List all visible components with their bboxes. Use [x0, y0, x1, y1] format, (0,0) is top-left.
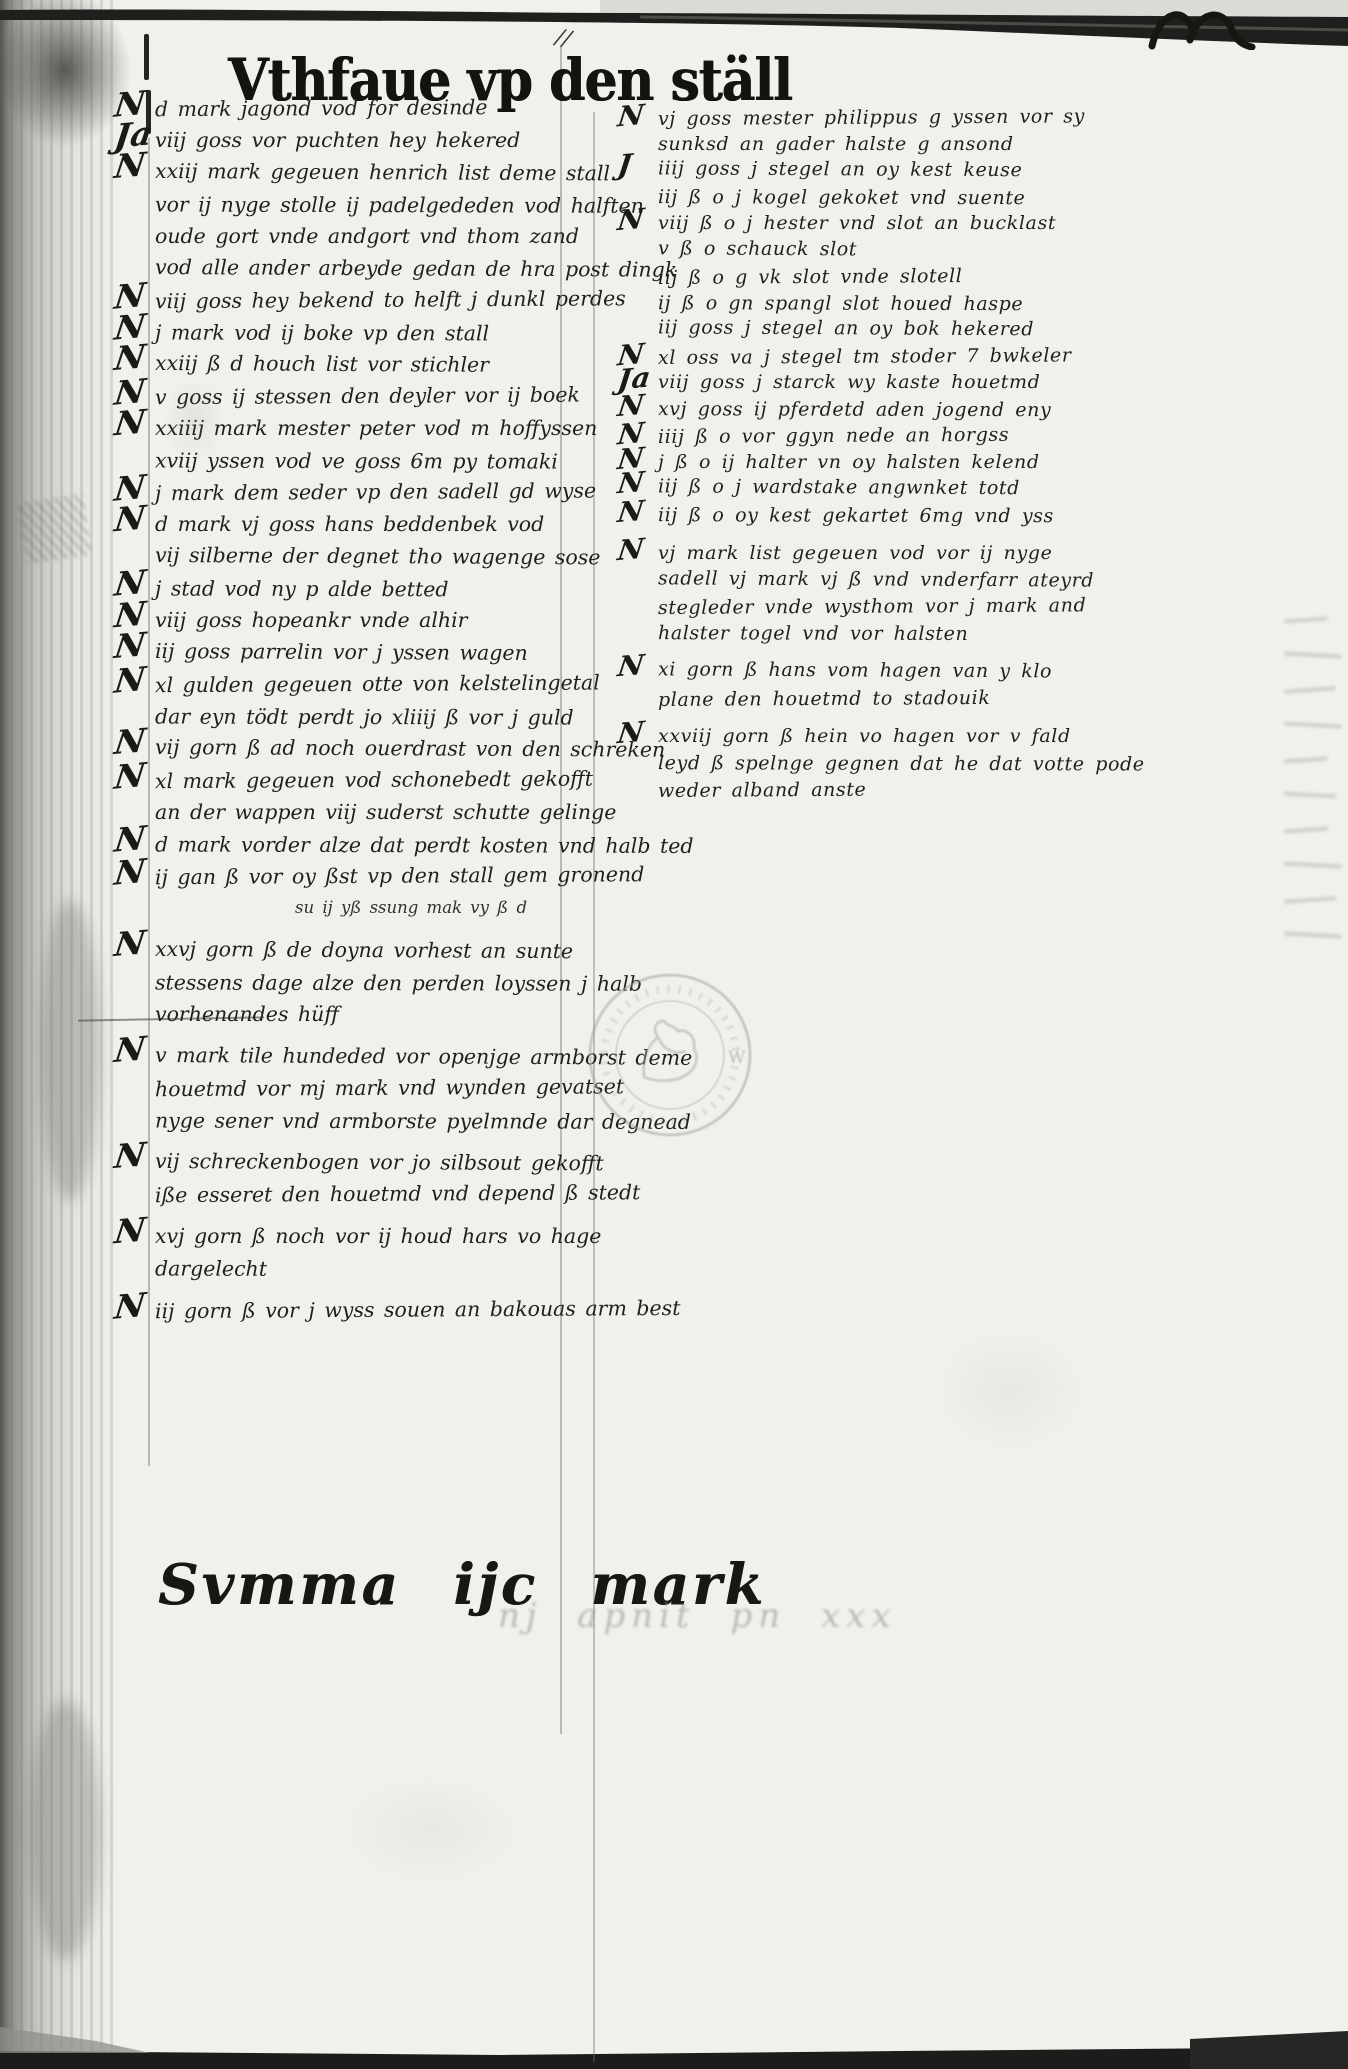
- entry-text: d mark jagond vod for desinde: [155, 95, 488, 121]
- entry-text: xxiij ß d houch list vor stichler: [155, 351, 489, 377]
- entry-line: N iij ß o oy kest gekartet 6mg vnd yss: [618, 502, 1338, 530]
- entry-line: ij ß o gn spangl slot houed haspe: [618, 290, 1338, 318]
- entry-text: dargelecht: [155, 1256, 267, 1280]
- entry-text: xviij yssen vod ve goss 6m py tomaki: [155, 448, 558, 473]
- entry-text: xl gulden gegeuen otte von kelstelingeta…: [155, 670, 600, 697]
- entry-text: xl mark gegeuen vod schonebedt gekofft: [155, 767, 593, 794]
- gutter-shadow: [40, 900, 100, 1200]
- bleed-through-marks: [1284, 618, 1344, 968]
- entry-line: iij ß o g vk slot vnde slotell: [618, 261, 1338, 292]
- page-bottom-edge: [0, 2023, 1348, 2069]
- entry-text: dar eyn tödt perdt jo xliiij ß vor j gul…: [155, 704, 574, 729]
- entry-text: iij ß o j wardstake angwnket totd: [658, 475, 1020, 499]
- entry-text: vorhenandes hüff: [155, 1002, 339, 1026]
- entry-text: iij gorn ß vor j wyss souen an bakouas a…: [155, 1296, 681, 1323]
- entry-text: xvj gorn ß noch vor ij houd hars vo hage: [155, 1224, 601, 1248]
- entry-line: vorhenandes hüff: [115, 998, 585, 1030]
- entry-text: xl oss va j stegel tm stoder 7 bwkeler: [658, 344, 1072, 369]
- entry-marker: N: [113, 662, 148, 698]
- entry-marker: N: [113, 724, 148, 759]
- entry-text: su ij yß ssung mak vy ß d: [295, 898, 527, 917]
- entry-text: vj mark list gegeuen vod vor ij nyge: [658, 542, 1052, 564]
- entry-line: N xl gulden gegeuen otte von kelstelinge…: [115, 667, 585, 702]
- entry-line: N xxiiij mark mester peter vod m hoffyss…: [115, 412, 585, 444]
- entry-marker: N: [113, 926, 148, 961]
- entry-marker: N: [113, 501, 148, 537]
- entry-text: j mark vod ij boke vp den stall: [155, 320, 489, 345]
- entry-text: viij goss hey bekend to helft j dunkl pe…: [155, 286, 626, 313]
- entry-text: xi gorn ß hans vom hagen van y klo: [658, 658, 1052, 682]
- entry-text: ij gan ß vor oy ßst vp den stall gem gro…: [155, 862, 644, 889]
- entry-text: iij ß o oy kest gekartet 6mg vnd yss: [658, 504, 1054, 527]
- entry-marker: N: [616, 205, 646, 235]
- entry-text: iij ß o g vk slot vnde slotell: [658, 265, 963, 289]
- entry-marker: N: [113, 1138, 148, 1173]
- entry-line: N xxviij gorn ß hein vo hagen vor v fald: [618, 723, 1338, 750]
- entry-marker: N: [113, 1032, 148, 1067]
- entry-line: su ij yß ssung mak vy ß d: [115, 892, 585, 924]
- entry-marker: N: [113, 1213, 148, 1249]
- bleed-through-text: nj apnit pn xxx: [498, 1596, 998, 1636]
- entry-marker: N: [113, 758, 148, 794]
- entry-line: N xl oss va j stegel tm stoder 7 bwkeler: [618, 340, 1338, 371]
- entry-text: iiij goss j stegel an oy kest keuse: [658, 157, 1022, 181]
- entry-marker: N: [616, 101, 646, 131]
- entry-line: N xxiij mark gegeuen henrich list deme s…: [115, 155, 585, 189]
- entry-line: N j stad vod ny p alde betted: [115, 572, 585, 605]
- entry-text: iij ß o j kogel gekoket vnd suente: [658, 186, 1025, 209]
- entry-marker: N: [113, 148, 148, 183]
- manuscript-scan: ∕∕ Vthfaue vp den ställ N d mark jagond …: [0, 0, 1348, 2069]
- entry-line: N viij ß o j hester vnd slot an bucklast: [618, 210, 1338, 237]
- entry-text: vij schreckenbogen vor jo silbsout gekof…: [155, 1149, 604, 1175]
- entry-line: nyge sener vnd armborste pyelmnde dar de…: [115, 1104, 585, 1137]
- entry-line: N iiij ß o vor ggyn nede an horgss: [618, 420, 1338, 451]
- entry-line: stessens dage alze den perden loyssen j …: [115, 966, 585, 999]
- entry-text: d mark vorder alze dat perdt kosten vnd …: [155, 832, 694, 857]
- entry-line: N iij gorn ß vor j wyss souen an bakouas…: [115, 1293, 585, 1328]
- entry-line: N viij goss hey bekend to helft j dunkl …: [115, 283, 585, 318]
- entry-line: oude gort vnde andgort vnd thom zand: [115, 220, 585, 252]
- entry-line: Ja viij goss j starck wy kaste houetmd: [618, 369, 1338, 396]
- entry-line: plane den houetmd to stadouik: [618, 682, 1338, 713]
- entry-text: sunksd an gader halste g ansond: [658, 133, 1014, 155]
- entry-line: N vij gorn ß ad noch ouerdrast von den s…: [115, 731, 585, 765]
- entry-line: N vj goss mester philippus g yssen vor s…: [618, 102, 1338, 133]
- entry-marker: N: [616, 718, 646, 748]
- entry-line: N j mark vod ij boke vp den stall: [115, 316, 585, 349]
- entry-line: stegleder vnde wysthom vor j mark and: [618, 591, 1338, 622]
- entry-line: N vj mark list gegeuen vod vor ij nyge: [618, 540, 1338, 567]
- left-column: N d mark jagond vod for desinde Ja viij …: [115, 92, 585, 1326]
- entry-line: N d mark jagond vod for desinde: [115, 91, 585, 126]
- entry-text: xvj goss ij pferdetd aden jogend eny: [658, 398, 1051, 421]
- entry-text: d mark vj goss hans beddenbek vod: [155, 512, 544, 536]
- entry-line: N v goss ij stessen den deyler vor ij bo…: [115, 379, 585, 414]
- entry-text: an der wappen viij suderst schutte gelin…: [155, 800, 616, 824]
- entry-line: N ij gan ß vor oy ßst vp den stall gem g…: [115, 859, 585, 894]
- entry-marker: J: [616, 151, 634, 180]
- entry-text: v ß o schauck slot: [658, 237, 857, 260]
- entry-line: Ja viij goss vor puchten hey hekered: [115, 124, 585, 156]
- entry-line: v ß o schauck slot: [618, 235, 1338, 265]
- stamp-heraldic-lion: [644, 1021, 697, 1081]
- entry-text: viij ß o j hester vnd slot an bucklast: [658, 212, 1056, 234]
- archive-stamp: W: [582, 967, 758, 1143]
- paper-stain: [300, 1750, 560, 1910]
- entry-line: N xxiij ß d houch list vor stichler: [115, 347, 585, 381]
- entry-text: vor ij nyge stolle ij padelgededen vod h…: [155, 192, 644, 217]
- entry-marker: N: [113, 1288, 148, 1324]
- entry-line: N xxvj gorn ß de doyna vorhest an sunte: [115, 933, 585, 967]
- entry-line: xviij yssen vod ve goss 6m py tomaki: [115, 444, 585, 477]
- entry-line: N j ß o ij halter vn oy halsten kelend: [618, 449, 1338, 476]
- entry-text: vij silberne der degnet tho wagenge sose: [155, 543, 601, 569]
- entry-text: viij goss hopeankr vnde alhir: [155, 608, 467, 632]
- entry-text: vij gorn ß ad noch ouerdrast von den sch…: [155, 735, 665, 762]
- entry-marker: N: [616, 497, 646, 527]
- entry-text: iße esseret den houetmd vnd depend ß ste…: [155, 1180, 640, 1207]
- entry-text: iiij ß o vor ggyn nede an horgss: [658, 424, 1009, 448]
- entry-text: xxviij gorn ß hein vo hagen vor v fald: [658, 725, 1071, 747]
- entry-text: iij goss j stegel an oy bok hekered: [658, 316, 1034, 340]
- entry-text: v goss ij stessen den deyler vor ij boek: [155, 383, 580, 410]
- entry-marker: N: [113, 405, 148, 441]
- entry-text: weder alband anste: [658, 779, 867, 802]
- gutter-shadow: [30, 1700, 100, 1960]
- entry-marker: N: [113, 628, 148, 663]
- entry-line: iij goss j stegel an oy bok hekered: [618, 314, 1338, 344]
- entry-line: sunksd an gader halste g ansond: [618, 131, 1338, 158]
- entry-text: stegleder vnde wysthom vor j mark and: [658, 594, 1086, 619]
- entry-text: sadell vj mark vj ß vnd vnderfarr ateyrd: [658, 567, 1094, 591]
- entry-line: dar eyn tödt perdt jo xliiij ß vor j gul…: [115, 700, 585, 733]
- entry-line: N d mark vorder alze dat perdt kosten vn…: [115, 828, 585, 861]
- entry-line: N xl mark gegeuen vod schonebedt gekofft: [115, 763, 585, 798]
- entry-text: j ß o ij halter vn oy halsten kelend: [658, 451, 1040, 473]
- entry-text: xxvj gorn ß de doyna vorhest an sunte: [155, 937, 573, 963]
- entry-text: vj goss mester philippus g yssen vor sy: [658, 105, 1085, 130]
- entry-text: plane den houetmd to stadouik: [658, 686, 991, 710]
- entry-text: xxiiij mark mester peter vod m hoffyssen: [155, 416, 597, 440]
- entry-line: N j mark dem seder vp den sadell gd wyse: [115, 475, 585, 510]
- entry-line: N xi gorn ß hans vom hagen van y klo: [618, 656, 1338, 686]
- entry-text: houetmd vor mj mark vnd wynden gevatset: [155, 1074, 624, 1101]
- entry-line: vij silberne der degnet tho wagenge sose: [115, 539, 585, 573]
- margin-rule-dash: [144, 34, 149, 80]
- entry-line: vod alle ander arbeyde gedan de hra post…: [115, 251, 585, 285]
- entry-text: viij goss vor puchten hey hekered: [155, 128, 520, 152]
- entry-line: J iiij goss j stegel an oy kest keuse: [618, 155, 1338, 185]
- entry-line: houetmd vor mj mark vnd wynden gevatset: [115, 1071, 585, 1106]
- entry-marker: N: [113, 340, 148, 375]
- entry-line: vor ij nyge stolle ij padelgededen vod h…: [115, 188, 585, 221]
- entry-text: xxiij mark gegeuen henrich list deme sta…: [155, 159, 610, 185]
- entry-line: sadell vj mark vj ß vnd vnderfarr ateyrd: [618, 565, 1338, 595]
- stamp-ring-letter: W: [728, 1048, 746, 1068]
- entry-line: weder alband anste: [618, 774, 1338, 805]
- entry-text: oude gort vnde andgort vnd thom zand: [155, 224, 579, 248]
- quire-mark: [1128, 0, 1278, 50]
- entry-text: j mark dem seder vp den sadell gd wyse: [155, 478, 596, 505]
- entry-text: ij ß o gn spangl slot houed haspe: [658, 292, 1023, 315]
- entry-marker: N: [113, 854, 148, 890]
- entry-line: N d mark vj goss hans beddenbek vod: [115, 508, 585, 540]
- entry-text: vod alle ander arbeyde gedan de hra post…: [155, 255, 677, 282]
- right-column: N vj goss mester philippus g yssen vor s…: [618, 104, 1338, 803]
- entry-marker: N: [616, 651, 646, 681]
- entry-line: N xvj gorn ß noch vor ij houd hars vo ha…: [115, 1220, 585, 1252]
- entry-line: N vij schreckenbogen vor jo silbsout gek…: [115, 1145, 585, 1179]
- entry-line: an der wappen viij suderst schutte gelin…: [115, 796, 585, 828]
- entry-line: iße esseret den houetmd vnd depend ß ste…: [115, 1177, 585, 1212]
- entry-line: N iij ß o j wardstake angwnket totd: [618, 473, 1338, 503]
- entry-text: iij goss parrelin vor j yssen wagen: [155, 639, 528, 665]
- entry-line: iij ß o j kogel gekoket vnd suente: [618, 184, 1338, 212]
- entry-line: N v mark tile hundeded vor openjge armbo…: [115, 1039, 585, 1073]
- entry-line: dargelecht: [115, 1252, 585, 1285]
- entry-line: N iij goss parrelin vor j yssen wagen: [115, 635, 585, 669]
- entry-text: j stad vod ny p alde betted: [155, 576, 449, 601]
- entry-text: stessens dage alze den perden loyssen j …: [155, 970, 642, 995]
- entry-marker: N: [616, 535, 646, 565]
- entry-text: leyd ß spelnge gegnen dat he dat votte p…: [658, 752, 1145, 775]
- entry-text: halster togel vnd vor halsten: [658, 622, 968, 645]
- entry-line: N viij goss hopeankr vnde alhir: [115, 604, 585, 636]
- margin-smudge: [18, 494, 92, 565]
- entry-text: viij goss j starck wy kaste houetmd: [658, 371, 1040, 393]
- paper-stain: [900, 1300, 1120, 1480]
- entry-line: halster togel vnd vor halsten: [618, 620, 1338, 648]
